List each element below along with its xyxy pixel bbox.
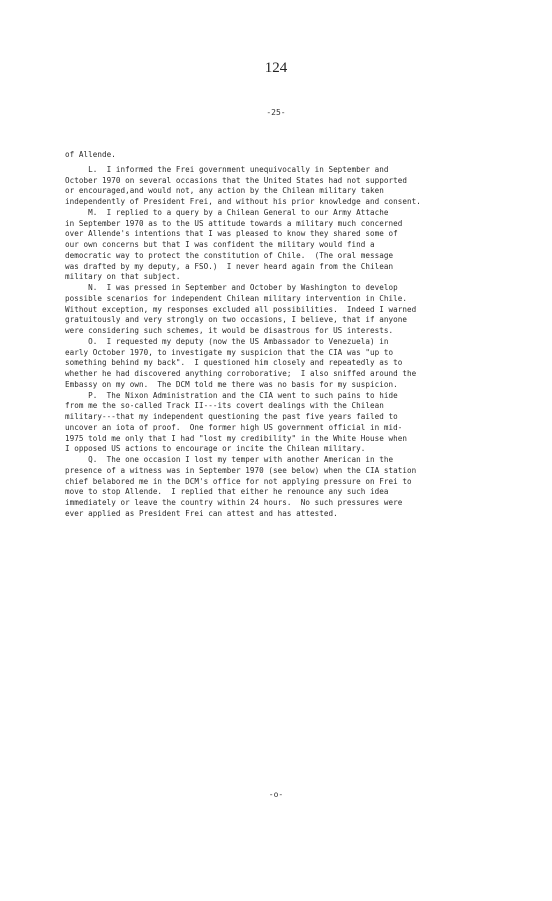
text-line: of Allende. bbox=[65, 150, 505, 161]
text-line: or encouraged,and would not, any action … bbox=[65, 186, 505, 197]
text-line: gratuitously and very strongly on two oc… bbox=[65, 315, 505, 326]
text-line: presence of a witness was in September 1… bbox=[65, 466, 505, 477]
text-line: something behind my back". I questioned … bbox=[65, 358, 505, 369]
text-line: chief belabored me in the DCM's office f… bbox=[65, 477, 505, 488]
text-line: L. I informed the Frei government unequi… bbox=[65, 165, 505, 176]
text-line: uncover an iota of proof. One former hig… bbox=[65, 423, 505, 434]
text-line: were considering such schemes, it would … bbox=[65, 326, 505, 337]
text-line: O. I requested my deputy (now the US Amb… bbox=[65, 337, 505, 348]
text-line: military---that my independent questioni… bbox=[65, 412, 505, 423]
text-line: military on that subject. bbox=[65, 272, 505, 283]
text-line: Embassy on my own. The DCM told me there… bbox=[65, 380, 505, 391]
text-line: early October 1970, to investigate my su… bbox=[65, 348, 505, 359]
text-line: Without exception, my responses excluded… bbox=[65, 305, 505, 316]
document-body: of Allende. L. I informed the Frei gover… bbox=[65, 150, 505, 520]
text-line: possible scenarios for independent Chile… bbox=[65, 294, 505, 305]
text-line: democratic way to protect the constituti… bbox=[65, 251, 505, 262]
text-line: October 1970 on several occasions that t… bbox=[65, 176, 505, 187]
text-line: immediately or leave the country within … bbox=[65, 498, 505, 509]
text-line: in September 1970 as to the US attitude … bbox=[65, 219, 505, 230]
text-line: move to stop Allende. I replied that eit… bbox=[65, 487, 505, 498]
sub-page-number: -25- bbox=[0, 108, 552, 117]
text-line: N. I was pressed in September and Octobe… bbox=[65, 283, 505, 294]
text-line: whether he had discovered anything corro… bbox=[65, 369, 505, 380]
text-line: from me the so-called Track II---its cov… bbox=[65, 401, 505, 412]
text-line: independently of President Frei, and wit… bbox=[65, 197, 505, 208]
page-number: 124 bbox=[0, 60, 552, 77]
text-line: M. I replied to a query by a Chilean Gen… bbox=[65, 208, 505, 219]
text-line: over Allende's intentions that I was ple… bbox=[65, 229, 505, 240]
end-mark: -o- bbox=[0, 790, 552, 799]
text-line: 1975 told me only that I had "lost my cr… bbox=[65, 434, 505, 445]
text-line: Q. The one occasion I lost my temper wit… bbox=[65, 455, 505, 466]
text-line: ever applied as President Frei can attes… bbox=[65, 509, 505, 520]
text-line: was drafted by my deputy, a FSO.) I neve… bbox=[65, 262, 505, 273]
text-line: P. The Nixon Administration and the CIA … bbox=[65, 391, 505, 402]
text-line: I opposed US actions to encourage or inc… bbox=[65, 444, 505, 455]
text-line: our own concerns but that I was confiden… bbox=[65, 240, 505, 251]
